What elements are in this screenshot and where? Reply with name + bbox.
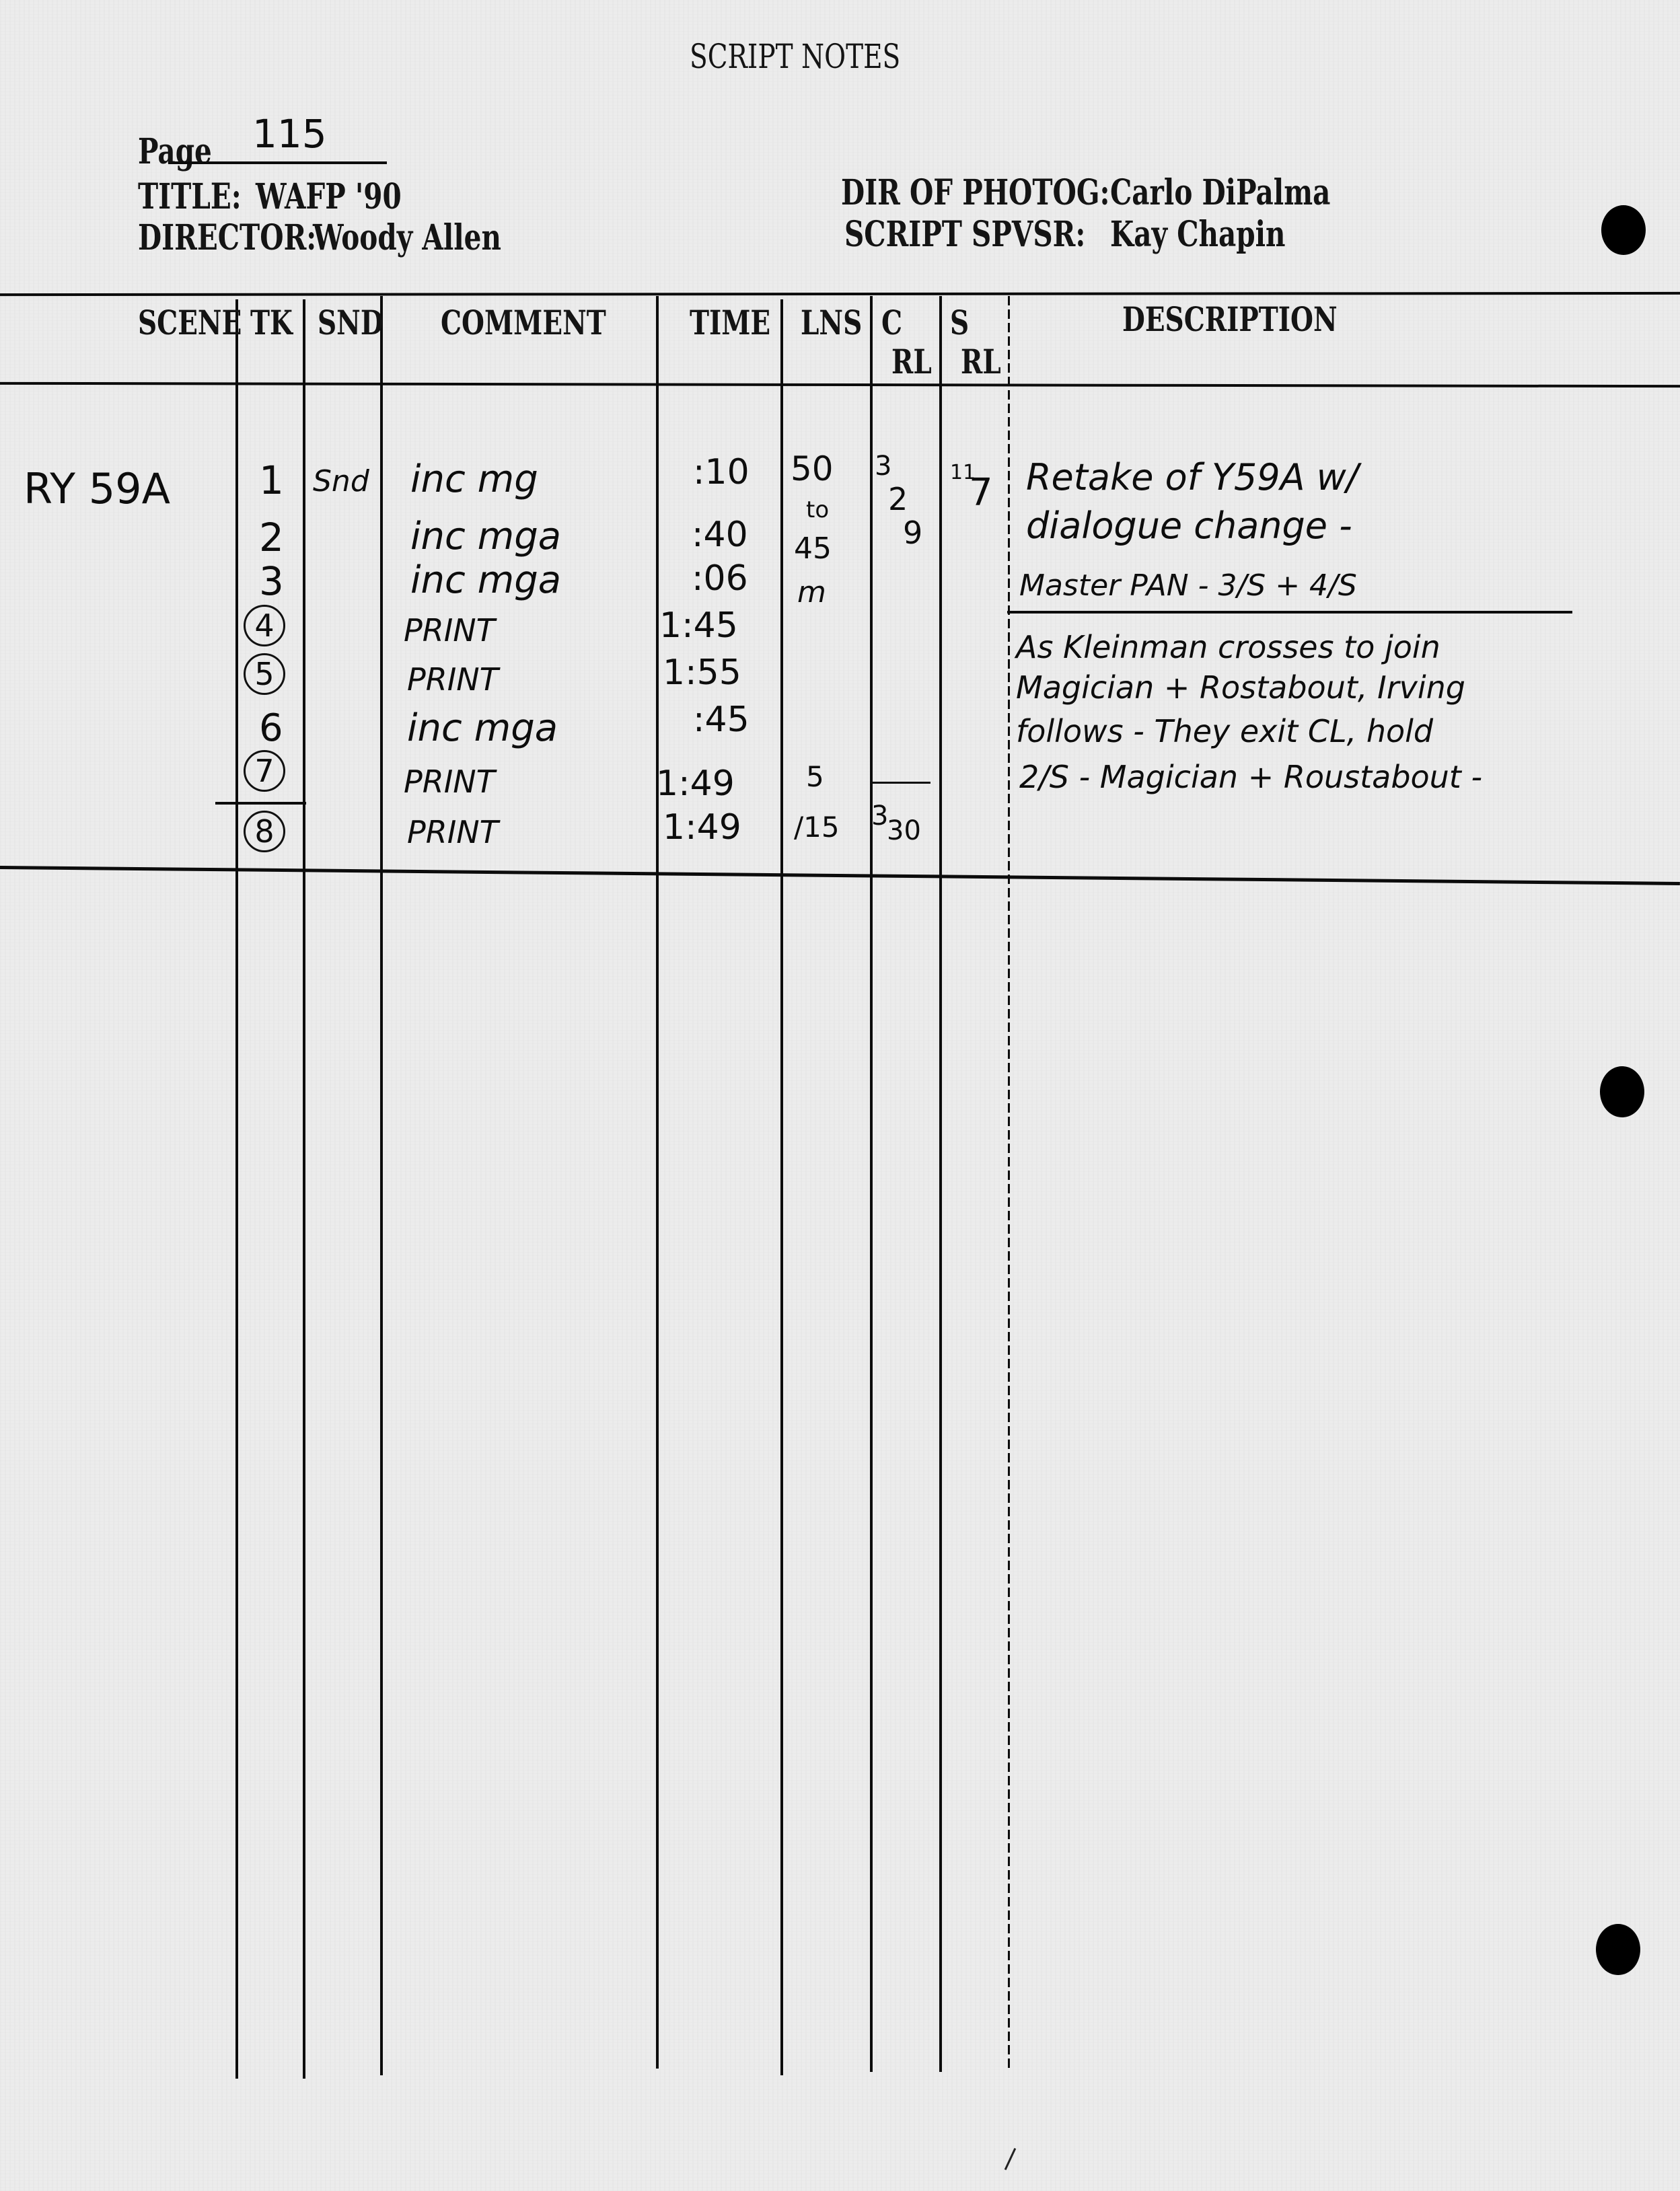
divider-srl-description [1008,296,1010,2072]
take-time: :06 [692,558,748,599]
take-row: 5 PRINT 1:55 [0,656,780,698]
header-lns: LNS [801,303,862,342]
camera-roll-separator [870,782,930,784]
take-number: 1 [259,457,284,503]
lines-value: 45 [794,531,832,566]
description-line: dialogue change - [1026,505,1352,547]
page-underline [168,161,387,164]
header-time: TIME [690,303,770,342]
dop-label: DIR OF PHOTOG: [841,172,1110,213]
take-row: 4 PRINT 1:45 [0,609,780,651]
take-time: :45 [693,700,750,740]
supervisor-label: SCRIPT SPVSR: [844,214,1085,255]
take-row: 8 PRINT 1:49 [0,811,780,852]
title-value: WAFP '90 [256,176,402,217]
binder-hole-top [1601,205,1646,255]
description-line: Magician + Rostabout, Irving [1016,669,1465,706]
lines-value: /15 [794,811,840,844]
take-row: 2 inc mga :40 [0,515,780,555]
table-top-rule [0,292,1680,296]
take-number-circled: 8 [244,811,285,852]
camera-roll-value: 9 [903,515,922,551]
header-description: DESCRIPTION [1122,299,1338,339]
page-number: 115 [252,111,327,157]
camera-roll-value: 3 [871,801,888,831]
binder-hole-bottom [1596,1924,1640,1975]
lines-value: 50 [791,449,834,488]
take-comment: PRINT [407,661,499,698]
description-line: As Kleinman crosses to join [1016,629,1440,665]
take-comment: inc mga [410,515,561,558]
take-time: 1:55 [663,653,741,693]
take-comment: PRINT [404,764,495,800]
take-separator [215,802,306,805]
director-value: Woody Allen [313,217,501,258]
lines-value: 5 [806,760,824,793]
take-time: :10 [693,452,750,492]
take-row: 1 inc mg :10 [0,457,780,498]
camera-roll-value: 2 [888,481,908,517]
header-comment: COMMENT [441,303,606,342]
description-line: follows - They exit CL, hold [1016,713,1433,749]
take-comment: inc mga [410,558,561,602]
take-number: 6 [259,706,283,750]
binder-hole-middle [1600,1066,1644,1117]
take-number-circled: 5 [244,653,285,695]
header-scene: SCENE [138,303,242,342]
stray-mark [1005,2148,1017,2170]
take-number: 2 [259,515,284,560]
take-number-circled: 4 [244,605,285,646]
header-s-rl-bottom: RL [961,342,1001,381]
description-underline [1007,611,1572,614]
header-bottom-rule [0,382,1680,387]
lines-value: to [806,496,829,523]
lines-value: m [797,575,826,609]
camera-roll-value: 3 [875,451,891,482]
header-c-rl-bottom: RL [891,342,932,381]
header-tk: TK [250,303,293,342]
take-comment: PRINT [407,814,499,850]
header-s-rl-top: S [950,303,969,342]
take-number-circled: 7 [244,750,285,792]
description-line: Retake of Y59A w/ [1026,456,1358,498]
take-comment: inc mga [407,706,558,750]
take-time: 1:49 [663,807,741,848]
take-comment: PRINT [404,612,495,648]
take-row: 6 inc mga :45 [0,706,780,748]
take-row: 3 inc mga :06 [0,558,780,599]
take-time: 1:49 [656,764,735,804]
take-number: 3 [259,558,284,604]
description-line: Master PAN - 3/S + 4/S [1019,568,1357,603]
take-row: 7 PRINT 1:49 [0,750,780,792]
dop-value: Carlo DiPalma [1110,172,1330,213]
take-time: :40 [692,515,748,555]
entry-bottom-rule [0,866,1680,885]
description-line: 2/S - Magician + Roustabout - [1019,759,1482,795]
sound-roll-value: 7 [969,471,993,515]
page-label: Page [138,131,212,172]
form-title: SCRIPT NOTES [690,37,900,76]
director-label: DIRECTOR: [138,217,316,258]
header-snd: SND [318,303,384,342]
title-label: TITLE: [138,176,242,217]
divider-lns-crl [870,296,873,2072]
take-comment: inc mg [410,457,538,501]
header-c-rl-top: C [881,303,902,342]
supervisor-value: Kay Chapin [1110,214,1286,255]
camera-roll-value: 30 [887,815,921,846]
divider-crl-srl [939,296,942,2072]
take-time: 1:45 [659,605,738,646]
divider-time-lns [780,299,783,2075]
